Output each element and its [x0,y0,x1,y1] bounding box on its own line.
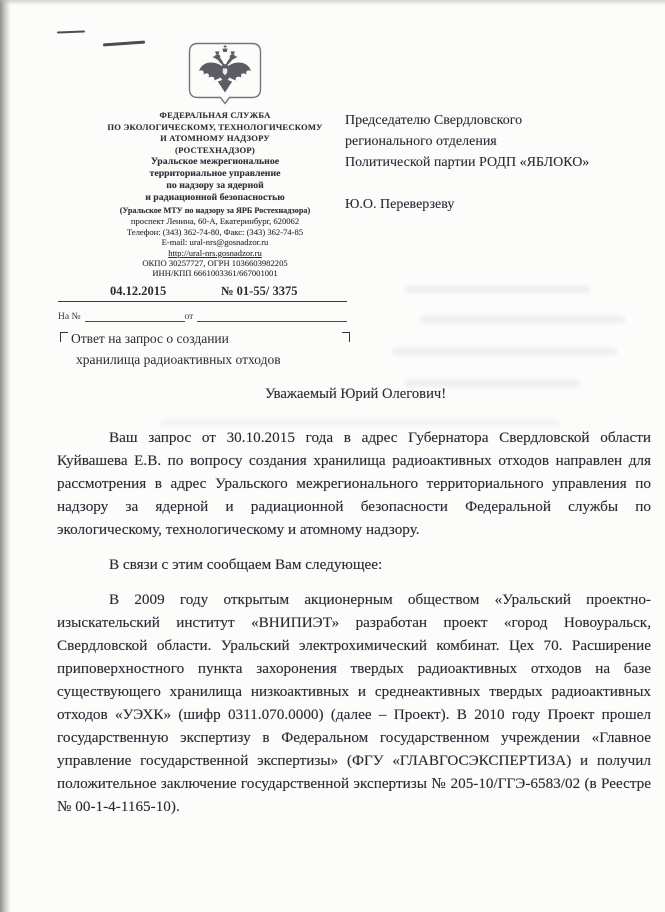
addressee-line: Председателю Свердловского [345,110,650,131]
org-name-line: И АТОМНОМУ НАДЗОРУ [58,133,372,145]
coat-of-arms-icon [188,42,262,106]
inn-kpp: ИНН/КПП 6661003361/667001001 [58,268,372,278]
letter-number: № 01-55/ 3375 [221,284,297,299]
bleed-through-artifact [392,348,617,355]
org-name-line: (РОСТЕХНАДЗОР) [58,145,372,157]
okpo-ogrn: ОКПО 30257727, ОГРН 1036603982205 [58,258,372,268]
body-paragraph: В связи с этим сообщаем Вам следующее: [57,553,651,576]
pen-mark [103,41,145,47]
bleed-through-artifact [420,316,625,323]
addressee-line: регионального отделения [345,131,650,152]
subject-block: Ответ на запрос о создании хранилища рад… [58,328,350,370]
letter-body: Ваш запрос от 30.10.2015 года в адрес Гу… [57,426,651,830]
addressee-block: Председателю Свердловского регионального… [345,110,650,215]
email: E-mail: ural-nrs@gosnadzor.ru [58,237,372,247]
website-url: http://ural-nrs.gosnadzor.ru [58,248,372,258]
subject-line: Ответ на запрос о создании [71,328,350,349]
division-line: Уральское межрегиональное [58,156,372,168]
org-name-line: ПО ЭКОЛОГИЧЕСКОМУ, ТЕХНОЛОГИЧЕСКОМУ [58,122,372,134]
division-line: территориальное управление [58,168,372,180]
addressee-line: Политической партии РОДП «ЯБЛОКО» [345,152,650,173]
body-paragraph: В 2009 году открытым акционерным обществ… [57,588,651,818]
reference-block: 04.12.2015 № 01-55/ 3375 На № от [58,284,347,322]
letter-date: 04.12.2015 [110,284,166,299]
body-paragraph: Ваш запрос от 30.10.2015 года в адрес Гу… [57,426,651,541]
corner-bracket-right-icon [342,332,350,342]
corner-bracket-left-icon [60,332,68,342]
incoming-ref-row: На № от [58,309,347,322]
postal-address: проспект Ленина, 60-А, Екатеринбург, 620… [58,216,372,226]
addressee-name: Ю.О. Переверзеву [345,194,650,215]
date-number-row: 04.12.2015 № 01-55/ 3375 [58,284,347,302]
org-name-line: ФЕДЕРАЛЬНАЯ СЛУЖБА [58,110,372,122]
phone-fax: Телефон: (343) 362-74-80, Факс: (343) 36… [58,227,372,237]
bleed-through-artifact [405,286,590,293]
subject-line: хранилища радиоактивных отходов [76,349,350,370]
salutation: Уважаемый Юрий Олегович! [265,386,446,403]
org-abbrev-line: (Уральское МТУ по надзору за ЯРБ Ростехн… [58,205,372,216]
from-label: от [185,312,194,322]
blank-line [197,309,347,322]
scan-top-shadow [0,0,665,5]
division-line: по надзору за ядерной [58,180,372,192]
pen-mark [57,31,85,34]
blank-line [85,309,185,322]
scan-edge-shadow [0,0,11,912]
division-line: и радиационной безопасностью [58,192,372,204]
letter-page: ФЕДЕРАЛЬНАЯ СЛУЖБА ПО ЭКОЛОГИЧЕСКОМУ, ТЕ… [0,0,665,912]
letterhead: ФЕДЕРАЛЬНАЯ СЛУЖБА ПО ЭКОЛОГИЧЕСКОМУ, ТЕ… [58,110,372,279]
on-number-label: На № [58,312,81,322]
